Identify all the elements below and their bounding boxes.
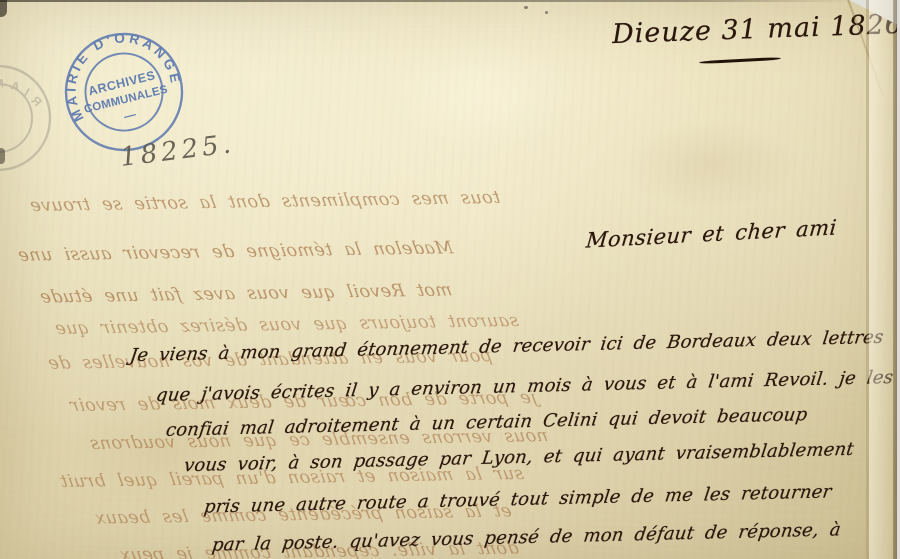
scan-corner-mark <box>0 0 7 17</box>
stamp-outer-text: MAIRIE D'ORANGE <box>51 18 187 125</box>
ghost-stamp-letters: RIAM <box>0 70 46 115</box>
svg-text:MAIRIE D'ORANGE: MAIRIE D'ORANGE <box>51 18 187 125</box>
stamp-dash: — <box>122 107 137 123</box>
bleedthrough-line: mot Revoil que vous avez fait une étude <box>38 280 453 307</box>
letter-salutation: Monsieur et cher ami <box>585 215 838 252</box>
paper-edge-highlight <box>869 0 893 559</box>
bleedthrough-line: sauront toujours que vous désirez obteni… <box>53 311 520 339</box>
scanned-letter-page: RIAM MAIRIE D'ORANGE ARCHIVES COMMUNALES… <box>0 0 900 559</box>
bleedthrough-line: tous mes compliments dont la sortie se t… <box>28 188 501 216</box>
letter-dateline: Dieuze 31 mai 1826 <box>612 9 900 50</box>
dateline-underline <box>699 57 781 64</box>
scan-edge-mark <box>0 148 5 164</box>
ink-speck <box>524 6 528 9</box>
svg-text:RIAM: RIAM <box>0 70 46 115</box>
paper-stain <box>380 40 580 150</box>
bleedthrough-line: Madelon la témoigne de recevoir aussi un… <box>16 238 455 266</box>
scan-top-edge <box>0 0 852 2</box>
paper-stain <box>620 120 800 210</box>
ink-speck <box>545 11 548 14</box>
